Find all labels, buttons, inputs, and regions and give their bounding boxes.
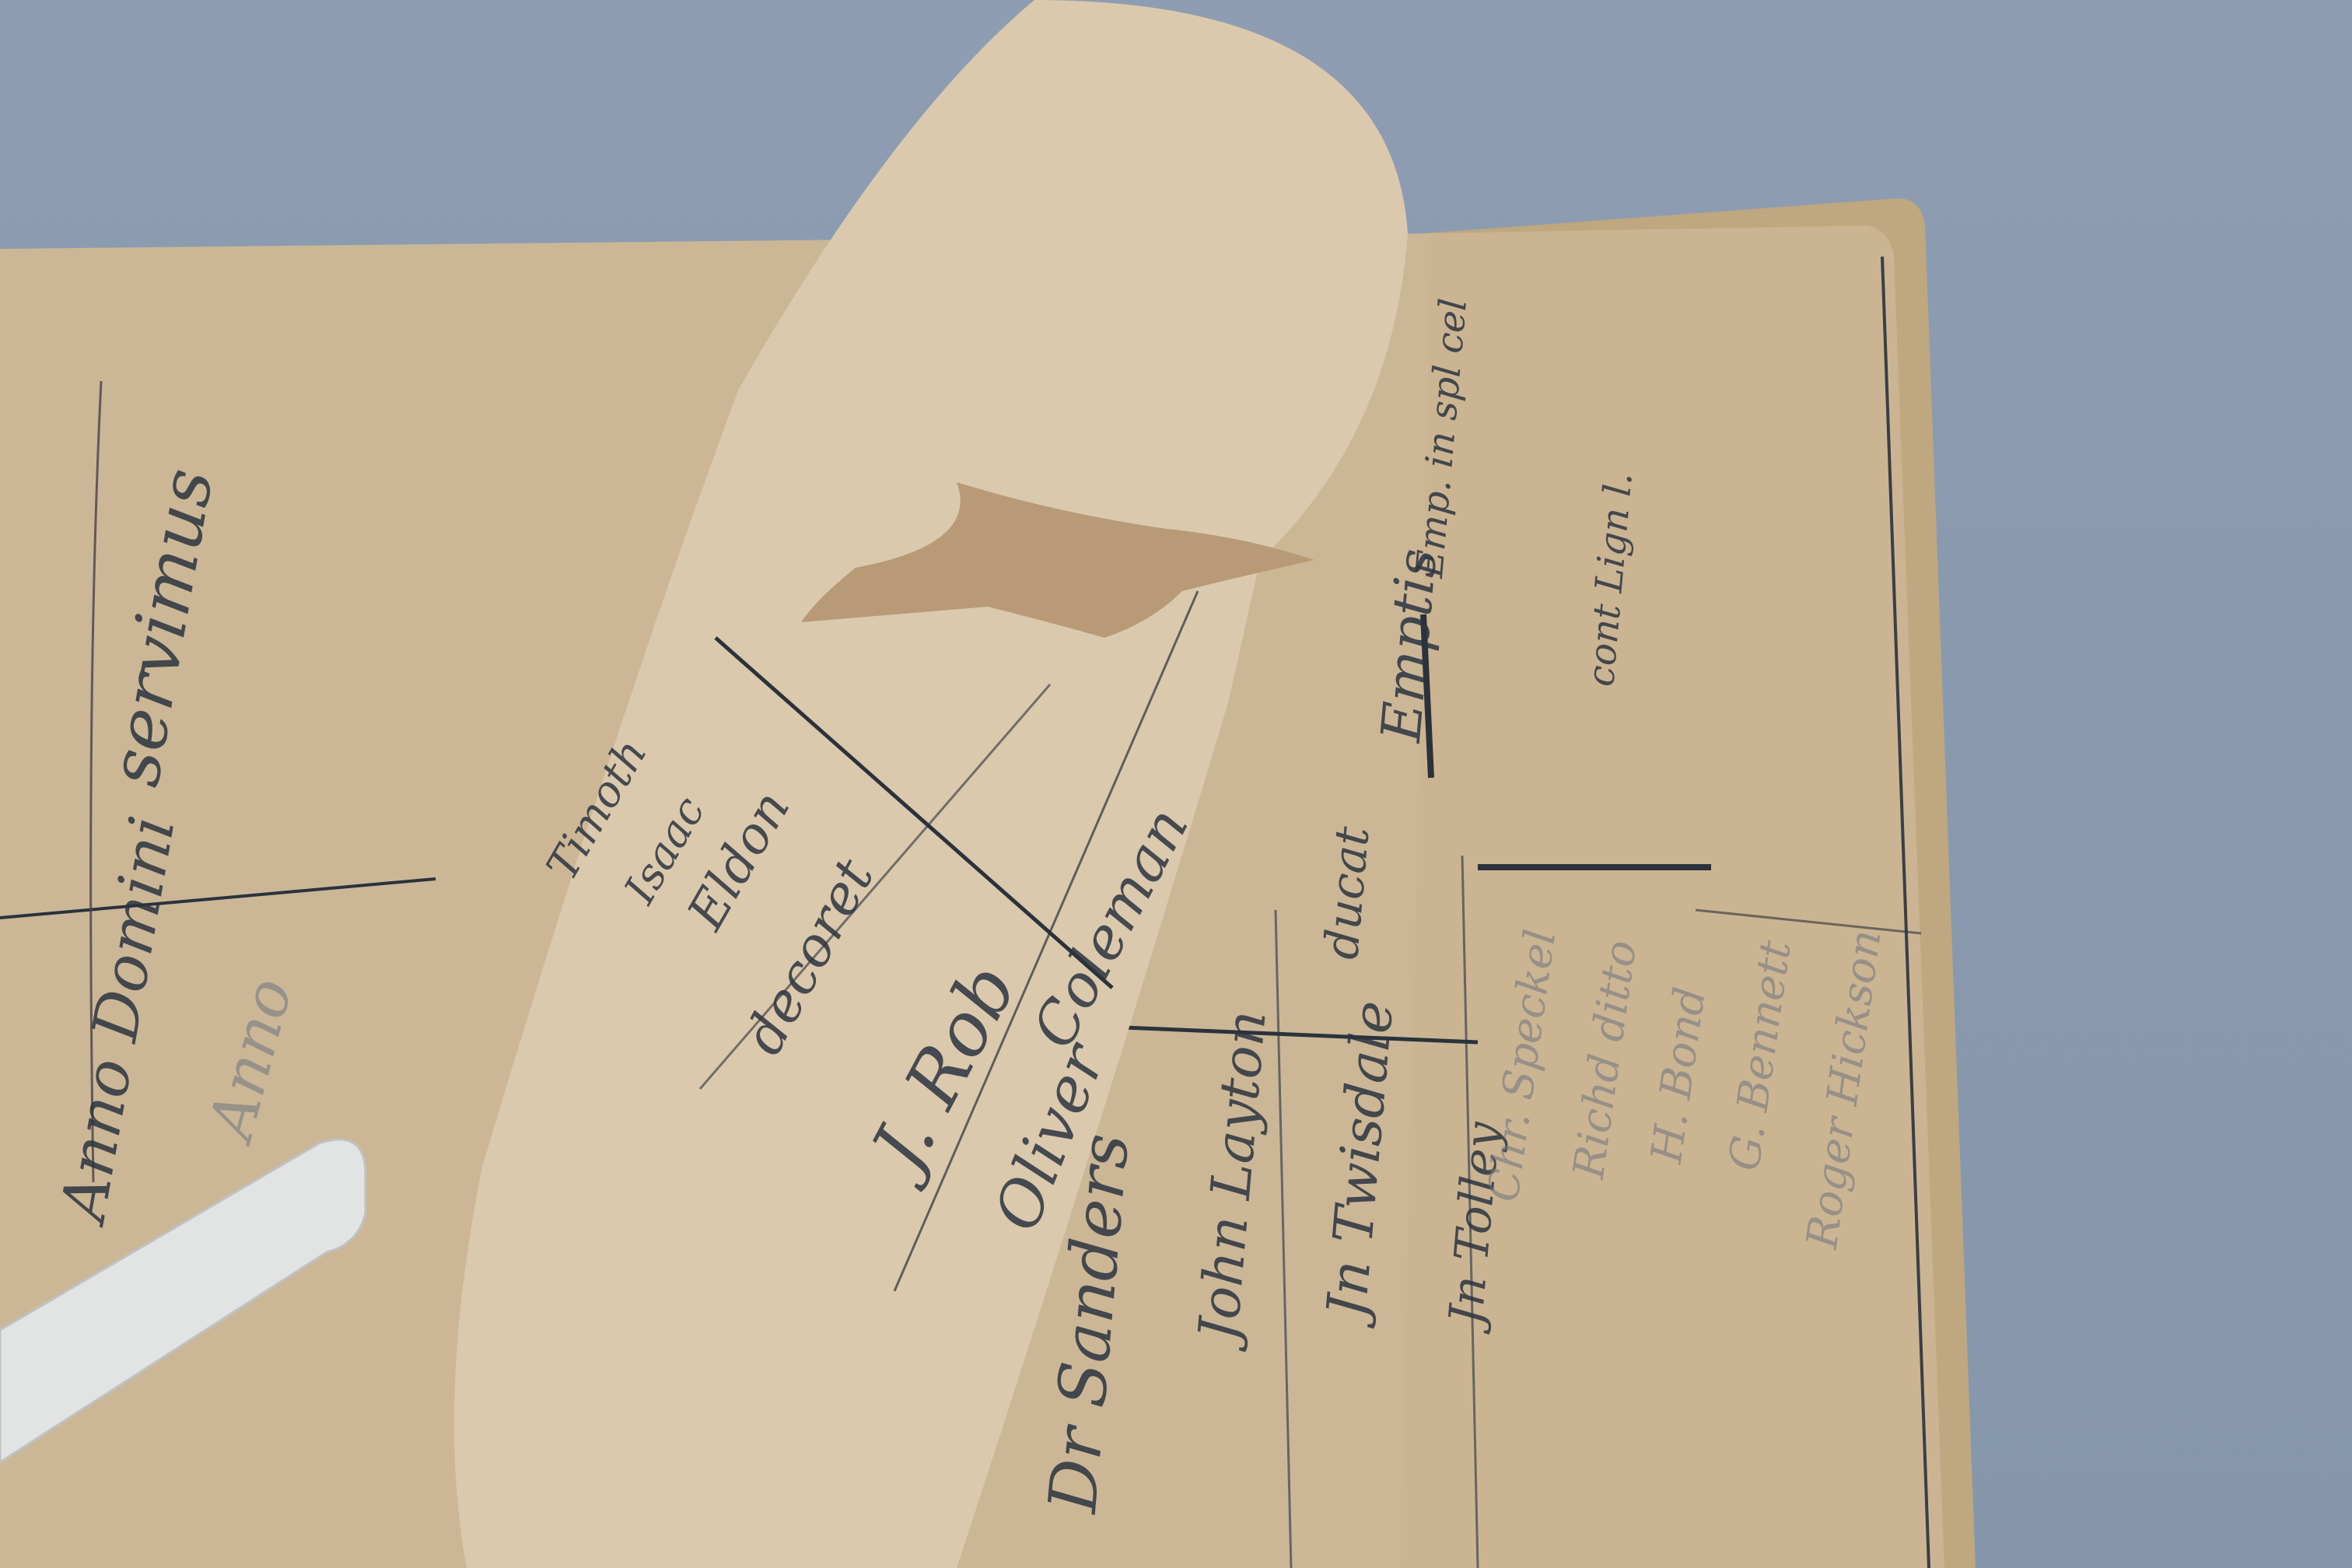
pages-shapes bbox=[0, 0, 2352, 1568]
ledger-col3-1: ducat bbox=[1314, 824, 1381, 961]
ledger-page bbox=[1400, 226, 1944, 1568]
manuscript-photo: servimus Anno Domini Anno Timoth Isaac E… bbox=[0, 0, 2352, 1568]
